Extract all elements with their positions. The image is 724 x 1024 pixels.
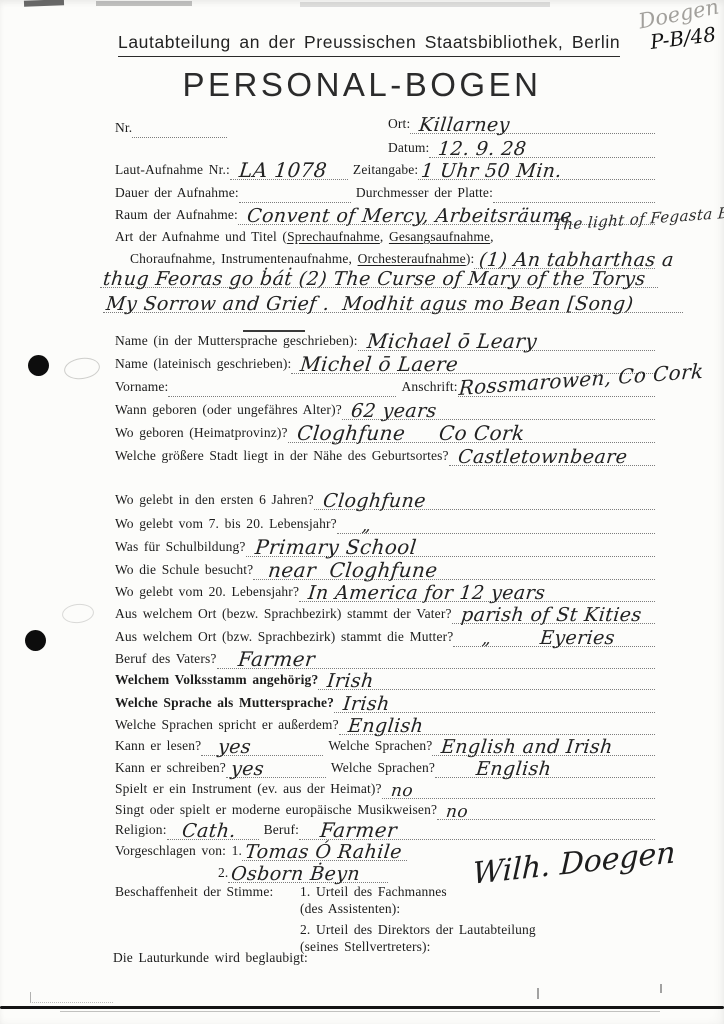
organization-header: Lautabteilung an der Preussischen Staats… [118, 32, 620, 57]
field-religion-label: Religion: [115, 822, 167, 840]
field-erste-6-jahre: Wo gelebt in den ersten 6 Jahren? Cloghf… [115, 492, 655, 510]
scan-tick-mark [537, 988, 539, 999]
field-dauer-label: Dauer der Aufnahme: [115, 185, 239, 203]
field-raum-value: Convent of Mercy, Arbeitsräume [246, 205, 573, 227]
page-title: PERSONAL-BOGEN [0, 66, 724, 104]
field-muttersprache-value: Irish [342, 693, 391, 715]
field-zeitangabe-value: 1 Uhr 50 Min. [420, 160, 563, 182]
stimme-urteil2-label: 2. Urteil des Direktors der Lautabteilun… [300, 922, 536, 940]
field-nr: Nr. [115, 120, 227, 138]
field-musikweisen-value: no [445, 802, 469, 822]
field-art-label-1: Art der Aufnahme und Titel (Sprechaufnah… [115, 229, 494, 247]
field-volksstamm-label: Welchem Volksstamm angehörig? [115, 672, 318, 690]
field-schreiben-sprachen-label: Welche Sprachen? [326, 760, 435, 778]
field-erste-6-jahre-value: Cloghfune [322, 490, 427, 512]
punch-hole-bottom [25, 630, 46, 651]
scan-bottom-edge-line-faint [60, 1011, 660, 1012]
field-schulbildung-label: Was für Schulbildung? [115, 539, 246, 557]
field-art-line4: My Sorrow and Grief . Modhit agus mo Bea… [103, 297, 683, 313]
field-instrument-label: Spielt er ein Instrument (ev. aus der He… [115, 781, 382, 799]
field-erste-6-jahre-label: Wo gelebt in den ersten 6 Jahren? [115, 492, 314, 510]
field-instrument-value: no [390, 781, 414, 801]
field-lesen: Kann er lesen? yes Welche Sprachen? Engl… [115, 738, 655, 756]
field-musikweisen: Singt oder spielt er moderne europäische… [115, 802, 655, 820]
field-instrument: Spielt er ein Instrument (ev. aus der He… [115, 781, 655, 799]
field-mutter-ort: Aus welchem Ort (bzw. Sprachbezirk) stam… [115, 629, 655, 647]
field-ab-20-label: Wo gelebt vom 20. Lebensjahr? [115, 584, 299, 602]
field-art-line3: thug Feoras go ḃáṫ (2) The Curse of Mary… [100, 272, 658, 288]
field-schule-ort-value: near Cloghfune [267, 558, 439, 582]
field-vorname: Vorname: Anschrift: Rossmarowen, Co Cork [115, 379, 655, 397]
field-schule-ort-label: Wo die Schule besucht? [115, 562, 253, 580]
field-lesen-sprachen-label: Welche Sprachen? [323, 738, 432, 756]
field-wann-geboren: Wann geboren (oder ungefähres Alter)? 62… [115, 402, 655, 420]
field-ort-value: Killarney [418, 114, 511, 136]
field-ab-20: Wo gelebt vom 20. Lebensjahr? In America… [115, 584, 655, 602]
field-muttersprache: Welche Sprache als Muttersprache? Irish [115, 695, 655, 713]
field-weitere-sprachen-label: Welche Sprachen spricht er außerdem? [115, 717, 339, 735]
field-beruf-value: Farmer [319, 818, 398, 842]
field-wo-geboren-label: Wo geboren (Heimatprovinz)? [115, 425, 288, 443]
stimme-urteil1-sub-label: (des Assistenten): [300, 901, 400, 919]
field-beglaubigt-label: Die Lauturkunde wird beglaubigt: [113, 950, 308, 968]
field-weitere-sprachen: Welche Sprachen spricht er außerdem? Eng… [115, 717, 655, 735]
field-ort: Ort: Killarney [388, 116, 655, 134]
field-anschrift-label: Anschrift: [396, 379, 457, 397]
field-weitere-sprachen-value: English [347, 715, 425, 737]
field-name-latein-label: Name (lateinisch geschrieben): [115, 356, 291, 374]
field-schreiben: Kann er schreiben? yes Welche Sprachen? … [115, 760, 655, 778]
field-beruf-vater: Beruf des Vaters? Farmer [115, 651, 655, 669]
field-lesen-sprachen-value: English and Irish [440, 736, 614, 758]
field-datum-value: 12. 9. 28 [437, 138, 528, 160]
field-durchmesser-label: Durchmesser der Platte: [351, 185, 493, 203]
field-schreiben-sprachen-value: English [475, 758, 553, 780]
field-raum-label: Raum der Aufnahme: [115, 207, 238, 225]
field-volksstamm: Welchem Volksstamm angehörig? Irish [115, 672, 655, 690]
field-art-label-2: Choraufnahme, Instrumentenaufnahme, Orch… [130, 251, 474, 269]
field-vorgeschlagen2-label: 2. [218, 865, 228, 883]
scanned-personal-bogen-form: Doegen P-B/48 Lautabteilung an der Preus… [0, 0, 724, 1024]
punch-ring-bottom [61, 602, 95, 624]
field-religion: Religion: Cath. Beruf: Farmer [115, 822, 655, 840]
field-vater-ort-label: Aus welchem Ort (bezw. Sprachbezirk) sta… [115, 606, 452, 624]
field-datum: Datum: 12. 9. 28 [388, 140, 655, 158]
punch-hole-top [28, 355, 49, 376]
stimme-label: Beschaffenheit der Stimme: [115, 884, 273, 902]
field-naechste-stadt-value: Castletownbeare [457, 446, 629, 468]
field-lesen-value: yes [217, 736, 252, 758]
field-beruf-vater-label: Beruf des Vaters? [115, 651, 217, 669]
field-religion-value: Cath. [181, 820, 237, 842]
field-mutter-ort-label: Aus welchem Ort (bzw. Sprachbezirk) stam… [115, 629, 453, 647]
field-lesen-label: Kann er lesen? [115, 738, 201, 756]
field-mutter-ort-ditto: „ [481, 629, 492, 649]
field-vorgeschlagen1-value: Tomas Ó Rahile [244, 841, 403, 863]
field-vorgeschlagen1-label: Vorgeschlagen von: 1. [115, 843, 242, 861]
field-jahre-7-20: Wo gelebt vom 7. bis 20. Lebensjahr? „ [115, 516, 655, 534]
field-beruf-vater-value: Farmer [237, 647, 316, 671]
field-schreiben-value: yes [230, 758, 265, 780]
field-laut-aufnahme-label: Laut-Aufnahme Nr.: [115, 162, 230, 180]
field-naechste-stadt-label: Welche größere Stadt liegt in der Nähe d… [115, 448, 449, 466]
field-vorname-label: Vorname: [115, 379, 168, 397]
field-vater-ort: Aus welchem Ort (bezw. Sprachbezirk) sta… [115, 606, 655, 624]
scan-bracket-mark [30, 992, 113, 1003]
field-vorgeschlagen1: Vorgeschlagen von: 1. Tomas Ó Rahile [115, 843, 407, 861]
field-ort-label: Ort: [388, 116, 410, 134]
field-schulbildung: Was für Schulbildung? Primary School [115, 539, 655, 557]
scan-smudge [300, 2, 550, 7]
field-muttersprache-label: Welche Sprache als Muttersprache? [115, 695, 334, 713]
field-nr-label: Nr. [115, 120, 132, 138]
field-naechste-stadt: Welche größere Stadt liegt in der Nähe d… [115, 448, 655, 466]
field-art-line2: Choraufnahme, Instrumentenaufnahme, Orch… [130, 251, 655, 269]
field-vater-ort-value: parish of St Kities [460, 604, 643, 626]
field-laut-aufnahme: Laut-Aufnahme Nr.: LA 1078 Zeitangabe: 1… [115, 162, 655, 180]
field-dauer: Dauer der Aufnahme: Durchmesser der Plat… [115, 185, 655, 203]
scan-smudge [96, 1, 192, 6]
stimme-urteil1-label: 1. Urteil des Fachmannes [300, 884, 447, 902]
field-beglaubigt: Die Lauturkunde wird beglaubigt: [113, 950, 413, 968]
field-wann-geboren-label: Wann geboren (oder ungefähres Alter)? [115, 402, 342, 420]
field-schule-ort: Wo die Schule besucht? near Cloghfune [115, 562, 655, 580]
stray-underline-mark [243, 330, 305, 332]
stimme-urteil1-sub: (des Assistenten): [300, 901, 600, 919]
field-jahre-7-20-value: „ [361, 516, 372, 536]
field-volksstamm-value: Irish [326, 670, 375, 692]
field-name-mutter-label: Name (in der Muttersprache geschrieben): [115, 333, 358, 351]
field-art-value-line3: My Sorrow and Grief . Modhit agus mo Bea… [105, 293, 635, 315]
field-art-value-line2: thug Feoras go ḃáṫ (2) The Curse of Mary… [102, 268, 647, 290]
scan-smudge [24, 0, 64, 7]
field-wann-geboren-value: 62 years [350, 400, 438, 422]
stimme-urteil1: 1. Urteil des Fachmannes [300, 884, 600, 902]
stimme-urteil2: 2. Urteil des Direktors der Lautabteilun… [300, 922, 640, 940]
field-name-mutter-value: Michael ō Leary [366, 329, 538, 353]
field-zeitangabe-label: Zeitangabe: [348, 162, 418, 180]
field-laut-aufnahme-value: LA 1078 [238, 158, 328, 182]
field-musikweisen-label: Singt oder spielt er moderne europäische… [115, 802, 437, 820]
field-jahre-7-20-label: Wo gelebt vom 7. bis 20. Lebensjahr? [115, 516, 337, 534]
punch-ring-top [63, 356, 102, 382]
field-vorgeschlagen2-value: Osborn Ḃeyn [230, 863, 361, 885]
scan-tick-mark [660, 984, 662, 993]
field-mutter-ort-value: Eyeries [539, 627, 616, 649]
field-schreiben-label: Kann er schreiben? [115, 760, 226, 778]
field-vorgeschlagen2: 2. Osborn Ḃeyn [218, 865, 388, 883]
field-schulbildung-value: Primary School [254, 535, 418, 559]
field-beruf-label: Beruf: [259, 822, 299, 840]
scan-bottom-edge-line [0, 1006, 724, 1009]
field-name-mutter: Name (in der Muttersprache geschrieben):… [115, 333, 655, 351]
field-name-latein-value: Michel ō Laere [299, 352, 460, 376]
field-datum-label: Datum: [388, 140, 429, 158]
field-wo-geboren: Wo geboren (Heimatprovinz)? Cloghfune Co… [115, 425, 655, 443]
field-ab-20-value: In America for 12 years [307, 582, 546, 604]
field-wo-geboren-value: Cloghfune Co Cork [296, 421, 526, 445]
